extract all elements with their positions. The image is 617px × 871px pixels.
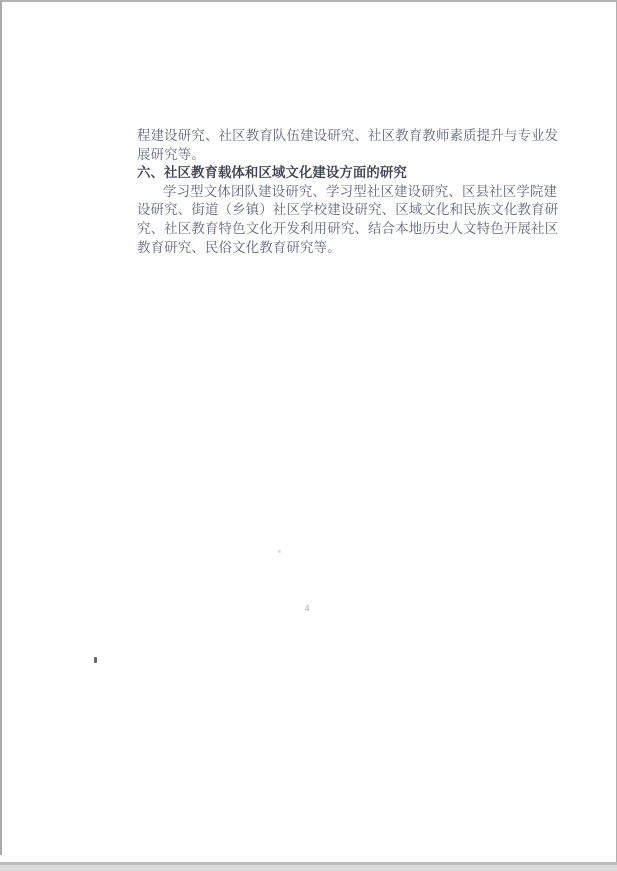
- section-heading: 六、社区教育载体和区域文化建设方面的研究: [137, 164, 502, 183]
- scan-edge-bottom-light: [0, 865, 617, 871]
- paragraph-line: 展研究等。: [137, 146, 502, 165]
- paragraph-line: 程建设研究、社区教育队伍建设研究、社区教育教师素质提升与专业发: [137, 127, 502, 146]
- scan-edge-left: [0, 0, 2, 855]
- paragraph-line: 学习型文体团队建设研究、学习型社区建设研究、区县社区学院建: [137, 183, 502, 202]
- scan-artifact-speck: [94, 657, 97, 663]
- paragraph-line: 设研究、街道（乡镇）社区学校建设研究、区域文化和民族文化教育研: [137, 201, 502, 220]
- scanned-document-page: 程建设研究、社区教育队伍建设研究、社区教育教师素质提升与专业发 展研究等。 六、…: [0, 0, 617, 871]
- paragraph-line: 究、社区教育特色文化开发利用研究、结合本地历史人文特色开展社区: [137, 220, 502, 239]
- scan-edge-top: [0, 0, 617, 2]
- page-number: 4: [300, 604, 314, 614]
- paragraph-line: 教育研究、民俗文化教育研究等。: [137, 239, 502, 258]
- document-text-block: 程建设研究、社区教育队伍建设研究、社区教育教师素质提升与专业发 展研究等。 六、…: [137, 127, 502, 257]
- scan-artifact-dot: [278, 550, 281, 553]
